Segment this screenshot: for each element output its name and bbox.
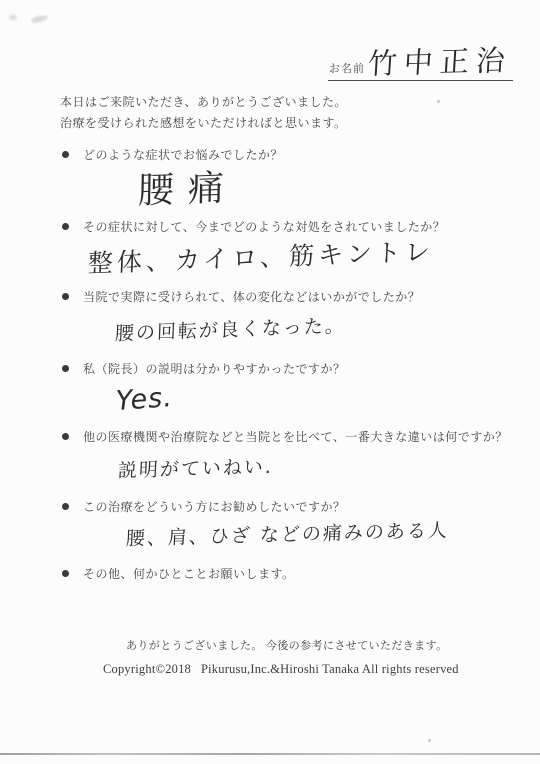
scan-speck bbox=[428, 739, 431, 742]
intro-text: 本日はご来院いただき、ありがとうございました。 治療を受けられた感想をいただけれ… bbox=[60, 92, 480, 134]
handwritten-answer-recommendation: 腰、肩、ひざ などの痛みのある人 bbox=[125, 516, 449, 551]
handwritten-answer-symptoms: 腰痛 bbox=[138, 159, 239, 214]
bullet-icon bbox=[62, 365, 69, 372]
handwritten-answer-explanation-clarity: Yes. bbox=[115, 382, 174, 417]
handwritten-answer-body-changes: 腰の回転が良くなった。 bbox=[115, 311, 347, 346]
bullet-icon bbox=[62, 293, 69, 300]
handwritten-name: 竹中正治 bbox=[367, 38, 513, 83]
question-label: 私（院長）の説明は分かりやすかったですか？ bbox=[83, 361, 346, 378]
name-field-label: お名前 bbox=[329, 60, 365, 76]
handwritten-answer-previous-treatments: 整体、カイロ、筋キントレ bbox=[87, 232, 434, 280]
question-label: その他、何かひとことお願いします。 bbox=[83, 566, 295, 583]
copyright-text: Copyright©2018 Pikurusu,Inc.&Hiroshi Tan… bbox=[103, 660, 459, 678]
question-biggest-difference: 他の医療機関や治療院などと当院とを比べて、一番大きな違いは何ですか？ bbox=[62, 429, 522, 446]
name-underline bbox=[328, 80, 513, 81]
bullet-icon bbox=[62, 433, 69, 440]
question-explanation-clarity: 私（院長）の説明は分かりやすかったですか？ bbox=[62, 361, 522, 378]
bullet-icon bbox=[62, 151, 69, 158]
scanned-feedback-form: お名前 竹中正治 本日はご来院いただき、ありがとうございました。 治療を受けられ… bbox=[0, 0, 540, 764]
bullet-icon bbox=[62, 223, 69, 230]
question-symptoms: どのような症状でお悩みでしたか？ bbox=[62, 147, 522, 164]
closing-text: ありがとうございました。 今後の参考にさせていただきます。 bbox=[126, 639, 447, 655]
question-recommendation: この治療をどういう方にお勧めしたいですか？ bbox=[62, 499, 522, 516]
question-label: 当院で実際に受けられて、体の変化などはいかがでしたか？ bbox=[83, 289, 420, 306]
bullet-icon bbox=[62, 570, 69, 577]
intro-line-1: 本日はご来院いただき、ありがとうございました。 bbox=[60, 92, 480, 113]
scan-smudge bbox=[9, 15, 17, 20]
question-body-changes: 当院で実際に受けられて、体の変化などはいかがでしたか？ bbox=[62, 289, 522, 306]
intro-line-2: 治療を受けられた感想をいただければと思います。 bbox=[60, 113, 480, 134]
question-label: 他の医療機関や治療院などと当院とを比べて、一番大きな違いは何ですか？ bbox=[83, 429, 508, 446]
bullet-icon bbox=[62, 503, 69, 510]
question-previous-treatments: その症状に対して、今までどのような対処をされていましたか？ bbox=[62, 219, 522, 236]
question-label: この治療をどういう方にお勧めしたいですか？ bbox=[83, 499, 346, 516]
scan-edge-line bbox=[0, 753, 540, 755]
question-final-comment: その他、何かひとことお願いします。 bbox=[62, 566, 522, 583]
scan-smudge bbox=[31, 14, 49, 23]
handwritten-answer-biggest-difference: 説明がていねい. bbox=[117, 452, 273, 483]
